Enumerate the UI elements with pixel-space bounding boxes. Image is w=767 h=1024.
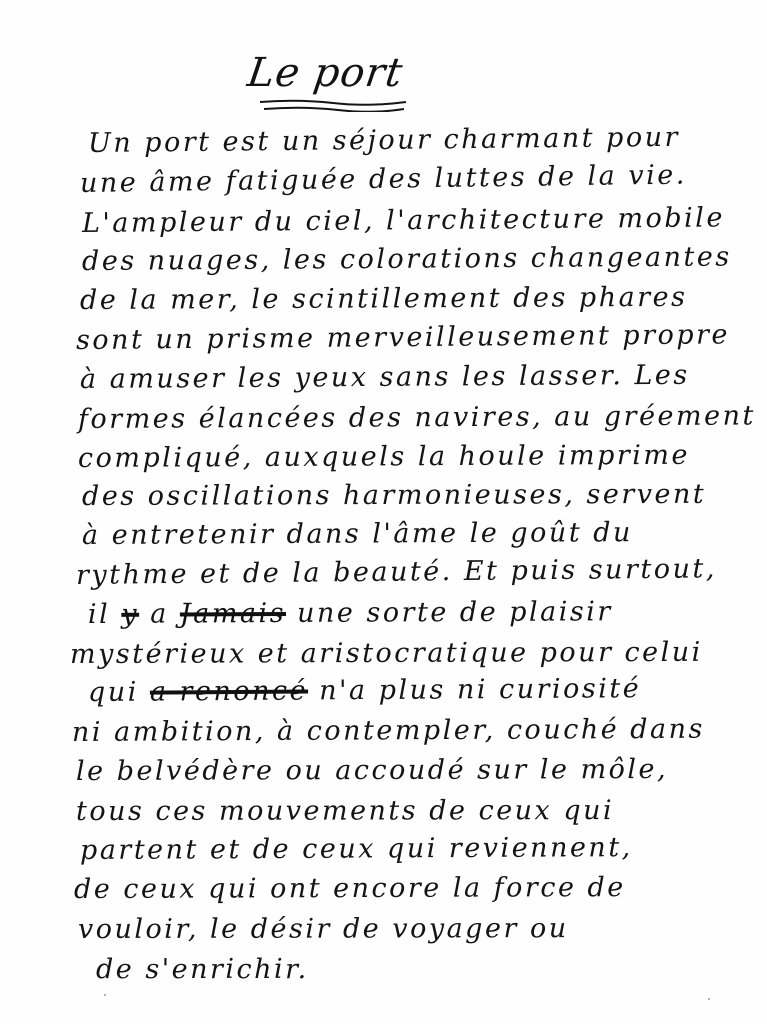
manuscript-page: Le port Un port est un séjour charmant p… bbox=[0, 0, 767, 1024]
manuscript-line: il y a Jamais une sorte de plaisir bbox=[88, 596, 613, 630]
line-text: a bbox=[139, 598, 180, 629]
line-text: L'ampleur du ciel, l'architecture mobile bbox=[82, 202, 725, 239]
line-text: de s'enrichir. bbox=[96, 954, 309, 985]
line-text: une âme fatiguée des luttes de la vie. bbox=[80, 159, 687, 198]
line-text: qui bbox=[88, 677, 150, 708]
manuscript-line: Un port est un séjour charmant pour bbox=[88, 122, 680, 159]
manuscript-line: ni ambition, à contempler, couché dans bbox=[72, 714, 705, 748]
manuscript-line: compliqué, auxquels la houle imprime bbox=[78, 439, 690, 473]
line-text: vouloir, le désir de voyager ou bbox=[78, 913, 569, 945]
struck-word: y bbox=[121, 599, 139, 630]
struck-word: a renoncé bbox=[150, 676, 308, 708]
line-text: à amuser les yeux sans les lasser. Les bbox=[80, 360, 690, 395]
line-text: à entretenir dans l'âme le goût du bbox=[82, 517, 633, 551]
manuscript-line: mystérieux et aristocratique pour celui bbox=[70, 636, 703, 669]
manuscript-line: de ceux qui ont encore la force de bbox=[74, 873, 626, 906]
manuscript-line: rythme et de la beauté. Et puis surtout, bbox=[76, 553, 717, 591]
line-text: mystérieux et aristocratique pour celui bbox=[70, 636, 703, 669]
line-text: sont un prisme merveilleusement propre bbox=[76, 319, 730, 356]
manuscript-line: des oscillations harmonieuses, servent bbox=[82, 479, 706, 512]
manuscript-line: partent et de ceux qui reviennent, bbox=[80, 832, 633, 866]
manuscript-line: de s'enrichir. bbox=[96, 954, 309, 985]
manuscript-line: une âme fatiguée des luttes de la vie. bbox=[80, 159, 687, 198]
line-text: rythme et de la beauté. Et puis surtout, bbox=[76, 553, 717, 591]
paper-speck bbox=[708, 998, 710, 1000]
line-text: le belvédère ou accoudé sur le môle, bbox=[76, 754, 668, 787]
line-text: n'a plus ni curiosité bbox=[308, 674, 641, 707]
manuscript-line: qui a renoncé n'a plus ni curiosité bbox=[88, 674, 641, 709]
line-text: de ceux qui ont encore la force de bbox=[74, 873, 626, 906]
manuscript-line: sont un prisme merveilleusement propre bbox=[76, 319, 730, 356]
manuscript-line: vouloir, le désir de voyager ou bbox=[78, 913, 569, 945]
line-text: des oscillations harmonieuses, servent bbox=[82, 479, 706, 512]
manuscript-line: tous ces mouvements de ceux qui bbox=[76, 795, 614, 827]
manuscript-title: Le port bbox=[245, 50, 406, 96]
manuscript-line: L'ampleur du ciel, l'architecture mobile bbox=[82, 202, 725, 239]
manuscript-line: le belvédère ou accoudé sur le môle, bbox=[76, 754, 668, 787]
manuscript-line: de la mer, le scintillement des phares bbox=[80, 282, 688, 316]
line-text: formes élancées des navires, au gréement bbox=[78, 400, 756, 435]
line-text: de la mer, le scintillement des phares bbox=[80, 282, 688, 316]
line-text: Un port est un séjour charmant pour bbox=[88, 122, 680, 159]
line-text: il bbox=[88, 599, 122, 630]
line-text: compliqué, auxquels la houle imprime bbox=[78, 439, 690, 473]
title-double-underline bbox=[258, 98, 408, 112]
manuscript-line: à entretenir dans l'âme le goût du bbox=[82, 517, 633, 551]
manuscript-line: à amuser les yeux sans les lasser. Les bbox=[80, 360, 690, 395]
line-text: tous ces mouvements de ceux qui bbox=[76, 795, 614, 827]
line-text: partent et de ceux qui reviennent, bbox=[80, 832, 633, 866]
line-text: ni ambition, à contempler, couché dans bbox=[72, 714, 705, 748]
paper-speck bbox=[104, 994, 106, 996]
line-text: une sorte de plaisir bbox=[286, 596, 613, 629]
manuscript-line: formes élancées des navires, au gréement bbox=[78, 400, 756, 435]
manuscript-line: des nuages, les colorations changeantes bbox=[82, 242, 732, 278]
line-text: des nuages, les colorations changeantes bbox=[82, 242, 732, 278]
struck-word: Jamais bbox=[180, 598, 286, 630]
